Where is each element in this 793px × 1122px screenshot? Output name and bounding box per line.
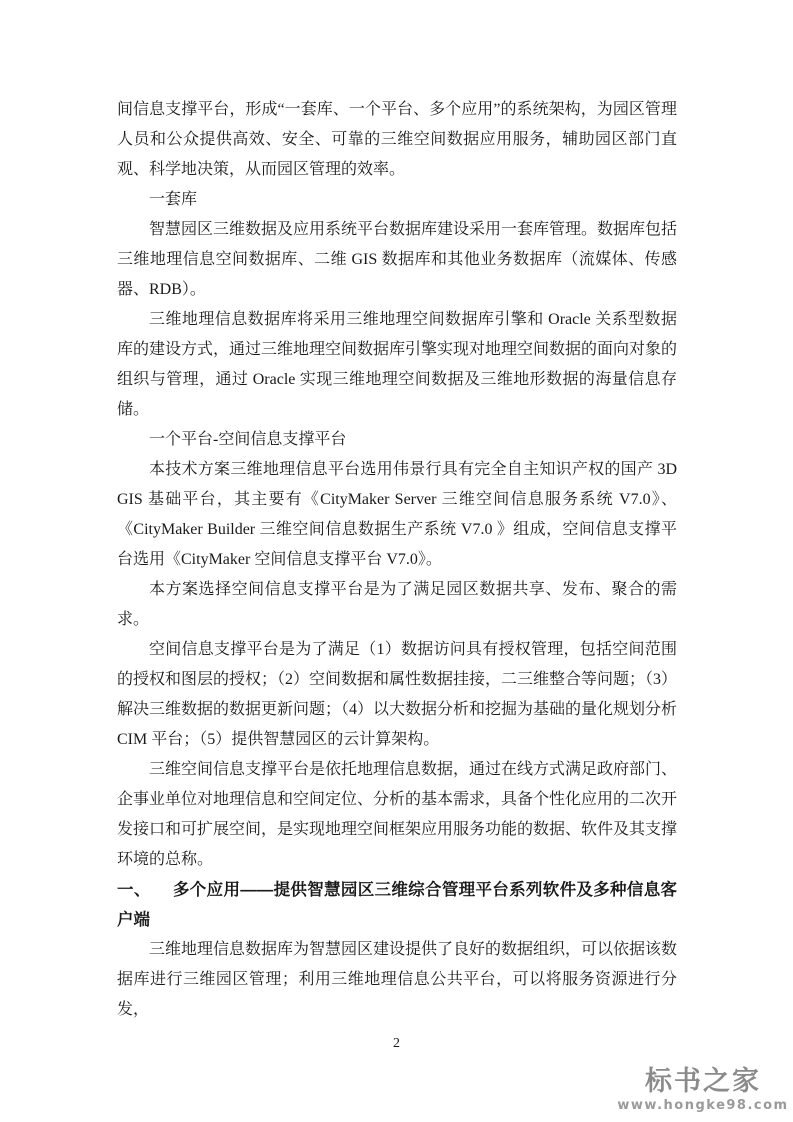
document-page: 间信息支撑平台，形成“一套库、一个平台、多个应用”的系统架构，为园区管理人员和公… <box>0 0 793 1122</box>
paragraph-one-platform-label: 一个平台-空间信息支撑平台 <box>117 425 677 455</box>
paragraph-platform-choice: 本方案选择空间信息支撑平台是为了满足园区数据共享、发布、聚合的需求。 <box>117 575 677 635</box>
section-heading-number: 一、 <box>117 881 151 899</box>
paragraph-citymaker-platform: 本技术方案三维地理信息平台选用伟景行具有完全自主知识产权的国产 3D GIS 基… <box>117 455 677 575</box>
paragraph-continuation: 间信息支撑平台，形成“一套库、一个平台、多个应用”的系统架构，为园区管理人员和公… <box>117 95 677 185</box>
paragraph-one-database-label: 一套库 <box>117 185 677 215</box>
paragraph-platform-definition: 三维空间信息支撑平台是依托地理信息数据，通过在线方式满足政府部门、企事业单位对地… <box>117 755 677 875</box>
section-heading-text: 多个应用——提供智慧园区三维综合管理平台系列软件及多种信息客户端 <box>117 881 677 929</box>
paragraph-database-management: 智慧园区三维数据及应用系统平台数据库建设采用一套库管理。数据库包括三维地理信息空… <box>117 215 677 305</box>
document-body: 间信息支撑平台，形成“一套库、一个平台、多个应用”的系统架构，为园区管理人员和公… <box>117 95 677 1025</box>
watermark: 标书之家 www.hongke98.com <box>617 1067 789 1114</box>
watermark-logo-text: 标书之家 <box>617 1067 789 1097</box>
paragraph-platform-requirements: 空间信息支撑平台是为了满足（1）数据访问具有授权管理，包括空间范围的授权和图层的… <box>117 635 677 755</box>
paragraph-oracle-storage: 三维地理信息数据库将采用三维地理空间数据库引擎和 Oracle 关系型数据库的建… <box>117 305 677 425</box>
page-number: 2 <box>0 1034 793 1054</box>
watermark-url: www.hongke98.com <box>617 1098 789 1114</box>
section-heading: 一、多个应用——提供智慧园区三维综合管理平台系列软件及多种信息客户端 <box>117 875 677 935</box>
paragraph-multi-application: 三维地理信息数据库为智慧园区建设提供了良好的数据组织，可以依据该数据库进行三维园… <box>117 935 677 1025</box>
